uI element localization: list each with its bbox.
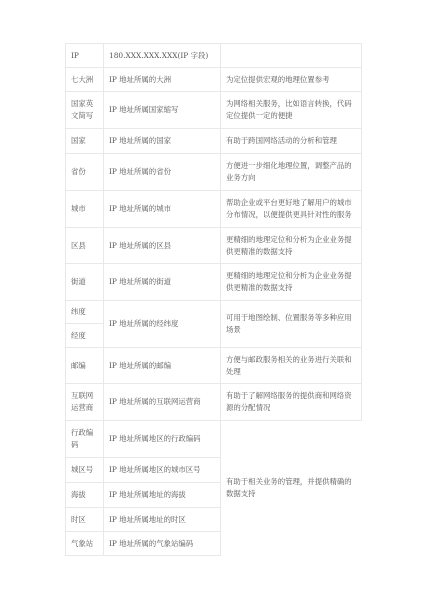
field-name: 邮编 [66, 348, 104, 384]
field-purpose: 方便与邮政服务相关的业务进行关联和处理 [221, 348, 362, 384]
table-row: 邮编 IP 地址所属的邮编 方便与邮政服务相关的业务进行关联和处理 [66, 348, 362, 384]
field-name: 经度 [66, 324, 104, 348]
field-desc: IP 地址所属的国家 [104, 129, 221, 154]
field-purpose: 方便进一步细化地理位置，调整产品的业务方向 [221, 154, 362, 191]
field-name: 七大洲 [66, 68, 104, 92]
field-desc: IP 地址所属地址的海拔 [104, 483, 221, 508]
table-row: 互联网运营商 IP 地址所属的互联网运营商 有助于了解网络服务的提供商和网络资源… [66, 384, 362, 421]
table-row: 七大洲 IP 地址所属的大洲 为定位提供宏观的地理位置参考 [66, 68, 362, 92]
field-purpose: 更精细的地理定位和分析为企业业务提供更精准的数据支持 [221, 228, 362, 264]
field-desc: IP 地址所属的城市 [104, 191, 221, 228]
table-row: 行政编码 IP 地址所属地区的行政编码 有助于相关业务的管理，并提供精确的数据支… [66, 421, 362, 458]
field-desc: IP 地址所属的省份 [104, 154, 221, 191]
table-row: 国家 IP 地址所属的国家 有助于跨国网络活动的分析和管理 [66, 129, 362, 154]
field-desc: IP 地址所属的互联网运营商 [104, 384, 221, 421]
field-desc: 180.XXX.XXX.XXX(IP 字段) [104, 44, 221, 68]
field-purpose: 为网络相关服务，比如语言转换，代码定位提供一定的便捷 [221, 92, 362, 129]
ip-fields-table: IP 180.XXX.XXX.XXX(IP 字段) 七大洲 IP 地址所属的大洲… [65, 43, 362, 556]
field-name: 时区 [66, 508, 104, 532]
table-row: 城市 IP 地址所属的城市 帮助企业或平台更好地了解用户的城市分布情况，以便提供… [66, 191, 362, 228]
field-purpose [221, 44, 362, 68]
field-purpose: 有助于了解网络服务的提供商和网络资源的分配情况 [221, 384, 362, 421]
table-row: 区县 IP 地址所属的区县 更精细的地理定位和分析为企业业务提供更精准的数据支持 [66, 228, 362, 264]
field-purpose: 有助于跨国网络活动的分析和管理 [221, 129, 362, 154]
field-desc: IP 地址所属的街道 [104, 264, 221, 301]
field-purpose: 帮助企业或平台更好地了解用户的城市分布情况，以便提供更具针对性的服务 [221, 191, 362, 228]
field-desc: IP 地址所属地区的行政编码 [104, 421, 221, 458]
field-name: 气象站 [66, 532, 104, 556]
table-row: 街道 IP 地址所属的街道 更精细的地理定位和分析为企业业务提供更精准的数据支持 [66, 264, 362, 301]
field-name: 国家英文简写 [66, 92, 104, 129]
field-desc: IP 地址所属国家缩写 [104, 92, 221, 129]
table-row: 纬度 IP 地址所属的经纬度 可用于地图绘制、位置服务等多种应用场景 [66, 301, 362, 324]
field-name: IP [66, 44, 104, 68]
field-name: 行政编码 [66, 421, 104, 458]
field-name: 海拔 [66, 483, 104, 508]
table-row: 省份 IP 地址所属的省份 方便进一步细化地理位置，调整产品的业务方向 [66, 154, 362, 191]
field-purpose: 可用于地图绘制、位置服务等多种应用场景 [221, 301, 362, 348]
field-name: 区县 [66, 228, 104, 264]
field-name: 省份 [66, 154, 104, 191]
field-name: 互联网运营商 [66, 384, 104, 421]
field-name: 城市 [66, 191, 104, 228]
field-desc: IP 地址所属地区的城市区号 [104, 458, 221, 483]
table-row: IP 180.XXX.XXX.XXX(IP 字段) [66, 44, 362, 68]
field-desc: IP 地址所属的区县 [104, 228, 221, 264]
field-name: 街道 [66, 264, 104, 301]
field-desc: IP 地址所属的经纬度 [104, 301, 221, 348]
field-name: 纬度 [66, 301, 104, 324]
field-desc: IP 地址所属的大洲 [104, 68, 221, 92]
field-desc: IP 地址所属的邮编 [104, 348, 221, 384]
field-desc: IP 地址所属的气象站编码 [104, 532, 221, 556]
field-purpose: 更精细的地理定位和分析为企业业务提供更精准的数据支持 [221, 264, 362, 301]
field-name: 城区号 [66, 458, 104, 483]
field-purpose: 有助于相关业务的管理，并提供精确的数据支持 [221, 421, 362, 556]
table-row: 国家英文简写 IP 地址所属国家缩写 为网络相关服务，比如语言转换，代码定位提供… [66, 92, 362, 129]
field-desc: IP 地址所属地址的时区 [104, 508, 221, 532]
field-name: 国家 [66, 129, 104, 154]
field-purpose: 为定位提供宏观的地理位置参考 [221, 68, 362, 92]
